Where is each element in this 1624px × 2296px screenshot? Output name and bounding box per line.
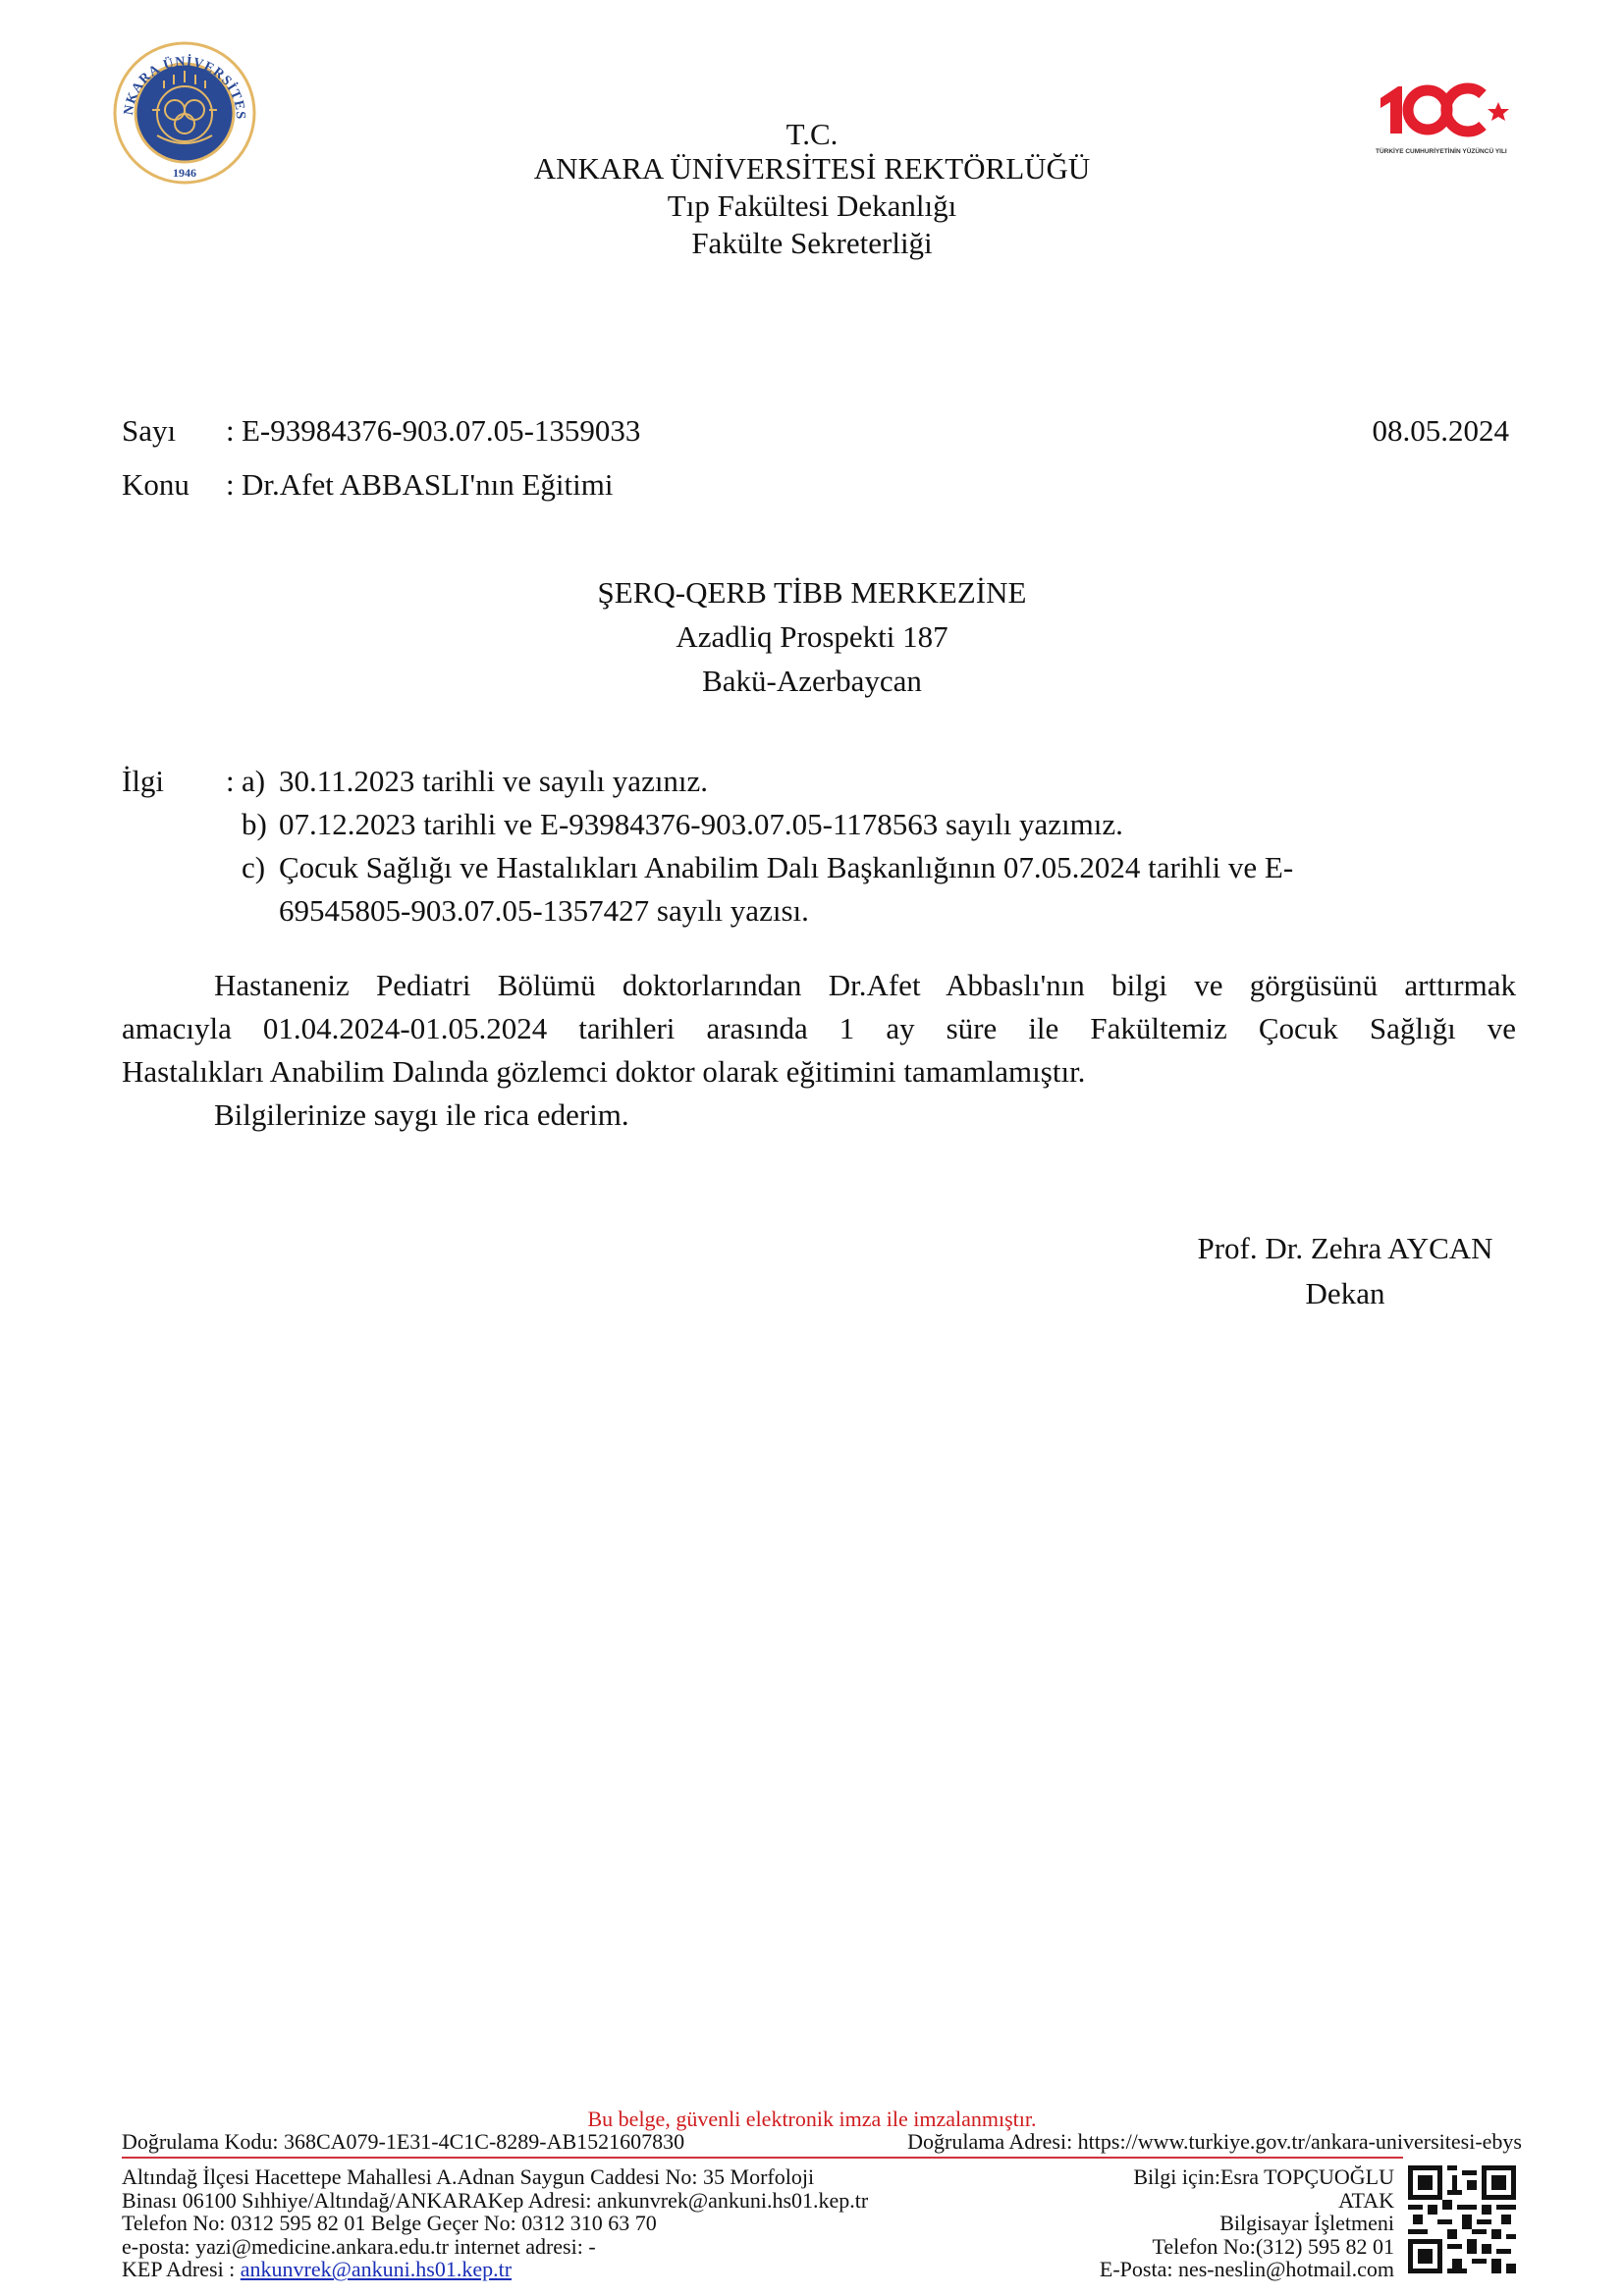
recipient-street: Azadliq Prospekti 187 <box>0 621 1624 652</box>
body-line-3: Hastalıkları Anabilim Dalında gözlemci d… <box>122 1050 1516 1094</box>
footer-kep-line: KEP Adresi : ankunvrek@ankuni.hs01.kep.t… <box>122 2258 868 2281</box>
footer-email-line: e-posta: yazi@medicine.ankara.edu.tr int… <box>122 2235 868 2259</box>
body-closing: Bilgilerinize saygı ile rica ederim. <box>122 1094 1516 1137</box>
signatory-title: Dekan <box>1159 1278 1532 1308</box>
body-line-2: amacıyla 01.04.2024-01.05.2024 tarihleri… <box>122 1007 1516 1050</box>
contact-email: E-Posta: nes-neslin@hotmail.com <box>1100 2258 1394 2281</box>
sayi-label: Sayı <box>122 415 176 446</box>
footer-address-line-1: Altındağ İlçesi Hacettepe Mahallesi A.Ad… <box>122 2165 868 2189</box>
header-tc: T.C. <box>0 119 1624 149</box>
ilgi-item-b-mark: b) <box>242 809 277 839</box>
ilgi-item-a-mark: a) <box>242 766 277 796</box>
kep-label: KEP Adresi : <box>122 2257 241 2281</box>
qr-code-icon <box>1408 2165 1516 2273</box>
konu-colon: : <box>226 469 235 500</box>
ilgi-label: İlgi <box>122 766 164 796</box>
ilgi-item-c-continuation: 69545805-903.07.05-1357427 sayılı yazısı… <box>279 895 809 926</box>
footer-contact-right: Bilgi için:Esra TOPÇUOĞLU ATAK Bilgisaya… <box>1100 2165 1394 2281</box>
footer-divider <box>122 2157 1403 2159</box>
ilgi-item-c: Çocuk Sağlığı ve Hastalıkları Anabilim D… <box>279 852 1293 882</box>
ilgi-item-a: 30.11.2023 tarihli ve sayılı yazınız. <box>279 766 708 796</box>
header-secretariat: Fakülte Sekreterliği <box>0 228 1624 258</box>
sayi-colon: : <box>226 415 235 446</box>
esign-notice: Bu belge, güvenli elektronik imza ile im… <box>0 2109 1624 2130</box>
sayi-value: E-93984376-903.07.05-1359033 <box>242 415 640 446</box>
ilgi-item-c-mark: c) <box>242 852 277 882</box>
recipient-name: ŞERQ-QERB TİBB MERKEZİNE <box>0 577 1624 608</box>
konu-value: Dr.Afet ABBASLI'nın Eğitimi <box>242 469 613 500</box>
ilgi-colon: : <box>226 766 235 796</box>
recipient-city: Bakü-Azerbaycan <box>0 666 1624 696</box>
contact-person: Bilgi için:Esra TOPÇUOĞLU <box>1100 2165 1394 2189</box>
header-faculty: Tıp Fakültesi Dekanlığı <box>0 190 1624 221</box>
contact-role: Bilgisayar İşletmeni <box>1100 2212 1394 2235</box>
contact-phone: Telefon No:(312) 595 82 01 <box>1100 2235 1394 2259</box>
ilgi-item-b: 07.12.2023 tarihli ve E-93984376-903.07.… <box>279 809 1123 839</box>
footer-contact-left: Altındağ İlçesi Hacettepe Mahallesi A.Ad… <box>122 2165 868 2281</box>
kep-address-link[interactable]: ankunvrek@ankuni.hs01.kep.tr <box>241 2257 512 2281</box>
contact-person-surname: ATAK <box>1100 2189 1394 2213</box>
header-university: ANKARA ÜNİVERSİTESİ REKTÖRLÜĞÜ <box>0 153 1624 184</box>
verification-code: Doğrulama Kodu: 368CA079-1E31-4C1C-8289-… <box>122 2131 684 2153</box>
document-date: 08.05.2024 <box>1373 415 1510 446</box>
verification-address[interactable]: Doğrulama Adresi: https://www.turkiye.go… <box>907 2131 1522 2153</box>
footer-address-line-2: Binası 06100 Sıhhiye/Altındağ/ANKARAKep … <box>122 2189 868 2213</box>
footer-phone-line: Telefon No: 0312 595 82 01 Belge Geçer N… <box>122 2212 868 2235</box>
body-line-1: Hastaneniz Pediatri Bölümü doktorlarında… <box>122 964 1516 1007</box>
signatory-name: Prof. Dr. Zehra AYCAN <box>1159 1233 1532 1263</box>
konu-label: Konu <box>122 469 189 500</box>
